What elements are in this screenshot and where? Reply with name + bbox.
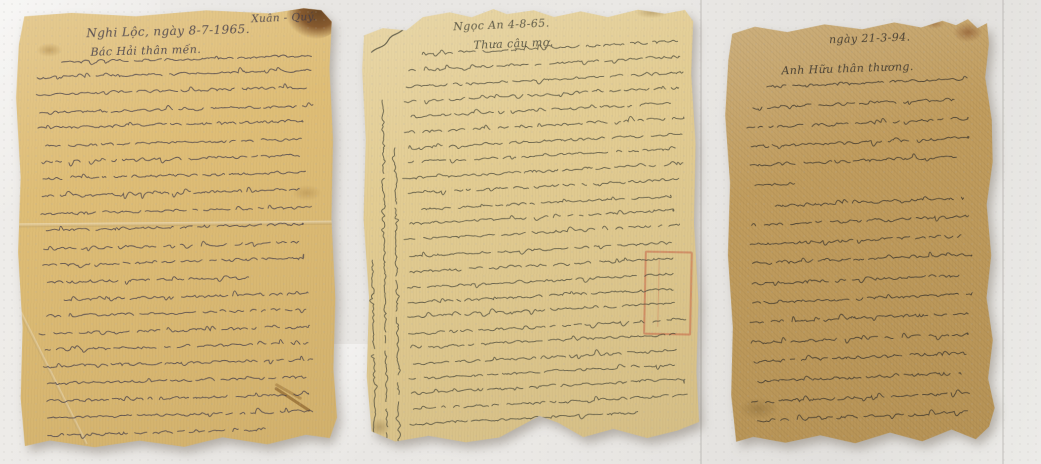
background-seam [1002,0,1004,464]
handwriting-line [752,274,959,285]
letter-2: Ngọc An 4-8-65. Thưa cậu mợ. [359,4,701,447]
handwriting-line [410,333,675,348]
photo-of-three-letters: Nghi Lộc, ngày 8-7-1965. Xuân - Quý. Bác… [0,0,1041,464]
handwriting-line [408,289,673,304]
handwriting-line [43,254,304,268]
handwriting-line [775,196,964,207]
handwriting-line [48,428,266,439]
handwriting-line [413,349,676,365]
handwriting-line [43,356,312,368]
handwriting-line [754,351,966,363]
handwriting-line [42,154,300,166]
handwriting-line [392,148,402,442]
handwriting-line [757,409,967,422]
handwriting-line [751,332,968,344]
handwriting-line [371,27,406,52]
handwriting-line [747,117,969,128]
handwriting-line [62,55,312,65]
handwriting-line [410,411,638,425]
handwriting-line [47,308,306,317]
handwriting-line [752,251,972,264]
handwriting-line [750,153,957,166]
handwriting-line [39,325,310,335]
handwriting-line [752,293,972,304]
handwriting-line [43,171,306,180]
handwriting-line [41,205,312,215]
handwriting-line [751,215,968,226]
handwriting-line [750,235,961,247]
handwriting-line [753,98,955,110]
handwriting-line [64,290,308,301]
handwriting-line [40,103,313,115]
handwriting-line [413,394,687,409]
handwriting-line [404,86,679,104]
letter-1: Nghi Lộc, ngày 8-7-1965. Xuân - Quý. Bác… [14,7,338,452]
handwriting-line [422,40,678,56]
handwriting-line [767,76,968,88]
handwriting-line [404,116,684,133]
letter-1-handwriting [14,7,338,452]
handwriting-line [409,364,675,380]
handwriting-line [45,339,308,352]
handwriting-line [369,260,378,446]
handwriting-line [407,273,673,288]
handwriting-line [47,276,248,285]
handwriting-line [409,56,680,71]
handwriting-line [406,72,683,88]
handwriting-line [46,223,303,231]
handwriting-line [404,224,680,240]
handwriting-line [408,302,675,317]
handwriting-line [408,318,686,335]
handwriting-line [410,257,673,273]
handwriting-line [751,390,969,403]
handwriting-line [750,312,968,323]
handwriting-line [755,183,795,186]
handwriting-line [38,120,303,129]
handwriting-line [411,102,671,117]
letter-3-paper: ngày 21-3-94. Anh Hữu thân thương. [723,18,998,446]
letter-1-paper: Nghi Lộc, ngày 8-7-1965. Xuân - Quý. Bác… [14,7,338,452]
handwriting-line [36,84,306,96]
handwriting-line [422,195,672,210]
handwriting-line [410,209,674,225]
handwriting-line [380,100,389,446]
handwriting-line [408,178,679,195]
handwriting-line [409,133,683,150]
handwriting-line [44,241,299,252]
handwriting-line [47,376,306,385]
handwriting-line [47,391,309,403]
handwriting-line [37,67,311,79]
handwriting-line [47,408,312,418]
letter-2-handwriting [359,4,701,447]
handwriting-line [402,162,683,180]
handwriting-line [409,241,671,257]
handwriting-line [751,137,969,149]
handwriting-line [408,147,675,164]
letter-2-paper: Ngọc An 4-8-65. Thưa cậu mợ. [359,4,701,447]
handwriting-line [758,372,962,383]
letter-3-handwriting [723,18,998,446]
handwriting-line [411,379,685,395]
handwriting-line [42,187,308,200]
handwriting-line [46,138,302,147]
letter-3: ngày 21-3-94. Anh Hữu thân thương. [723,18,998,446]
